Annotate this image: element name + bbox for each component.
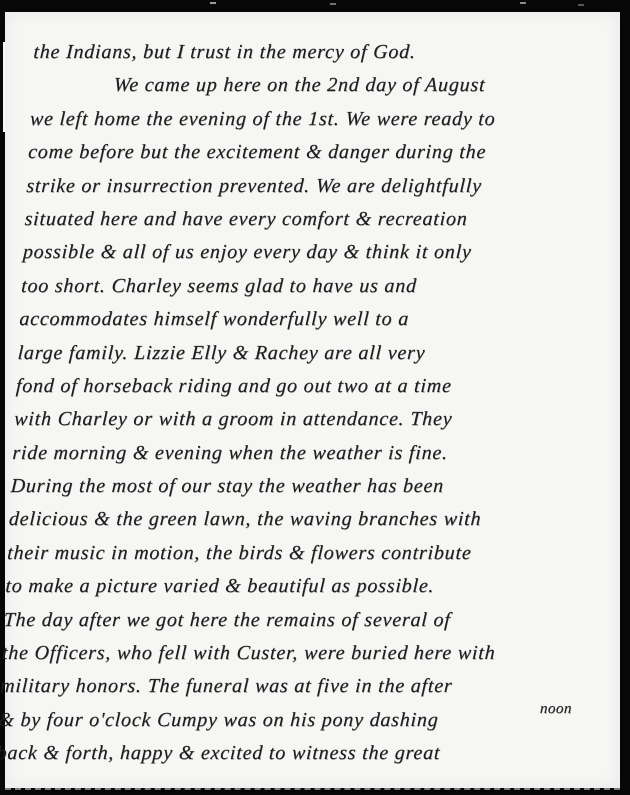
handwritten-line: too short. Charley seems glad to have us… [20,270,621,303]
handwritten-line: with Charley or with a groom in attendan… [13,403,614,436]
handwritten-line-text: The day after we got here the remains of… [3,609,451,631]
handwritten-line-text: accommodates himself wonderfully well to… [19,308,410,330]
handwritten-line: back & forth, happy & excited to witness… [0,737,597,770]
handwritten-line-text: too short. Charley seems glad to have us… [21,275,418,297]
handwritten-line: their music in motion, the birds & flowe… [6,537,607,570]
handwritten-line: military honors. The funeral was at five… [0,670,600,703]
handwritten-line: we left home the evening of the 1st. We … [29,103,630,136]
handwritten-line-text: to make a picture varied & beautiful as … [5,575,435,597]
handwritten-line: delicious & the green lawn, the waving b… [8,503,609,536]
handwritten-line-text: military honors. The funeral was at five… [0,675,453,697]
handwritten-line: ride morning & evening when the weather … [12,437,613,470]
scanned-letter: the Indians, but I trust in the mercy of… [0,0,630,795]
handwritten-line: come before but the excitement & danger … [27,136,628,169]
handwritten-line: the Officers, who fell with Custer, were… [1,637,602,670]
handwritten-line-text: possible & all of us enjoy every day & t… [22,241,472,263]
handwritten-line: The day after we got here the remains of… [3,604,604,637]
handwritten-line: to make a picture varied & beautiful as … [5,570,606,603]
handwritten-line: large family. Lizzie Elly & Rachey are a… [17,337,618,370]
handwritten-line-text: back & forth, happy & excited to witness… [0,742,441,764]
handwritten-line-text: & by four o'clock Cumpy was on his pony … [0,709,439,731]
handwritten-line-text: come before but the excitement & danger … [28,141,487,163]
scan-noise [210,2,216,4]
handwritten-line-text: During the most of our stay the weather … [10,475,445,497]
handwritten-line-text: we left home the evening of the 1st. We … [29,108,496,130]
handwritten-line: During the most of our stay the weather … [10,470,611,503]
handwritten-line: situated here and have every comfort & r… [24,203,625,236]
handwritten-line: We came up here on the 2nd day of August [31,69,630,102]
handwritten-line-text: the Officers, who fell with Custer, were… [1,642,496,664]
handwritten-line: strike or insurrection prevented. We are… [25,170,626,203]
handwritten-line-text: situated here and have every comfort & r… [24,208,468,230]
handwritten-line: possible & all of us enjoy every day & t… [22,236,623,269]
handwritten-line-text: large family. Lizzie Elly & Rachey are a… [17,342,426,364]
letter-page: the Indians, but I trust in the mercy of… [5,12,620,788]
handwritten-line-text: fond of horseback riding and go out two … [15,375,452,397]
handwritten-line: & by four o'clock Cumpy was on his pony … [0,704,598,737]
handwritten-line-text: the Indians, but I trust in the mercy of… [33,41,417,63]
handwritten-line-text: ride morning & evening when the weather … [12,442,449,464]
handwritten-line: the Indians, but I trust in the mercy of… [32,36,630,69]
handwritten-line-text: strike or insurrection prevented. We are… [26,175,483,197]
handwritten-line: fond of horseback riding and go out two … [15,370,616,403]
handwritten-line-text: with Charley or with a groom in attendan… [14,408,453,430]
handwritten-line: accommodates himself wonderfully well to… [18,303,619,336]
letter-lines: the Indians, but I trust in the mercy of… [0,36,630,771]
handwritten-line-text: their music in motion, the birds & flowe… [7,542,473,564]
handwritten-line-text: We came up here on the 2nd day of August [113,74,486,96]
handwritten-line-text: delicious & the green lawn, the waving b… [8,508,482,530]
